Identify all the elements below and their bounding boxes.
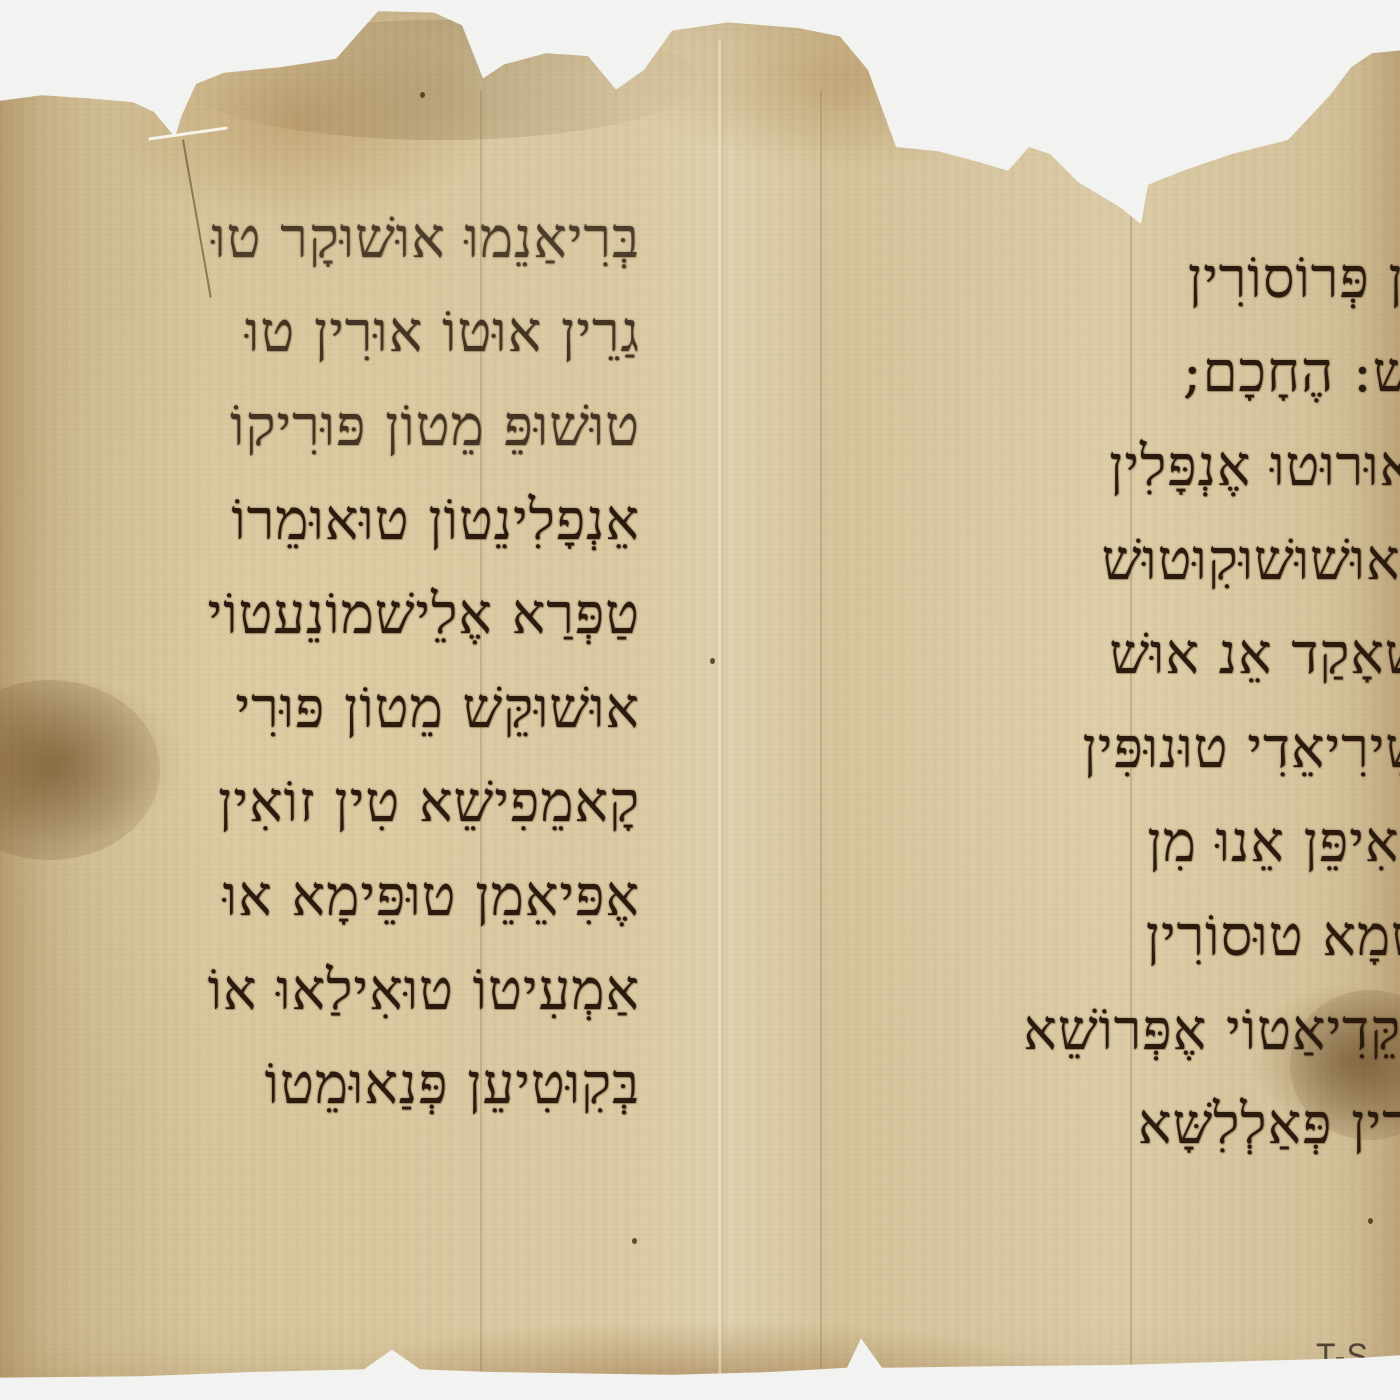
- text-line: גַרֵין אוּטוֹ אוּרִין טוּ: [0, 286, 640, 380]
- manuscript-photo: בְּרִיאַנֵמוּ אוּשׁוּקָר טוּ גַרֵין אוּט…: [0, 0, 1400, 1400]
- ink-speck: [632, 1238, 637, 1244]
- text-line: טוּשׁוּפֵּ מֵטוֹן פּוּרִיקוֹ: [0, 380, 640, 474]
- ink-speck: [420, 92, 425, 98]
- text-line: טַפְּרַא אֶלֵישׁמוֹנֵעטוֹי: [0, 568, 640, 662]
- text-line: אוּנוּשׁאָקַד אֵנ אוּשׁ: [810, 608, 1400, 702]
- text-line: מִין שִׁירִיאֵדִי טוּנוּפִּין: [810, 702, 1400, 796]
- text-line: אֶפִּיאֵמֵן טוּפֵּימָא אוּ: [0, 850, 640, 944]
- text-line: אַמְעִיטוֹ טוּאִילַאוּ אוֹ: [0, 944, 640, 1038]
- text-line: אוּשִׁין פְּרוֹסוֹרִין: [810, 232, 1400, 326]
- shelfmark-label: T-S: [1316, 1336, 1369, 1377]
- text-line: דִיאַשְׁמָא טוּסוֹרִין: [810, 890, 1400, 984]
- fold-line: [718, 40, 724, 1380]
- text-line: צִיוֹ פַּאִיפֵּן אֵנוּ מִן: [810, 796, 1400, 890]
- text-line: אוּשׁ אוּשׁוּשׁוּקִוּטוּשׁ: [810, 514, 1400, 608]
- ink-speck: [1106, 88, 1111, 94]
- text-column-right-frame: אוּשִׁין פְּרוֹסוֹרִין קִוּטוּשׁ: הֶחָכָ…: [770, 0, 1400, 1400]
- text-line: קָאמֵפִישֵׁא טִין זוֹאִין: [0, 756, 640, 850]
- text-line: שׁוּבּוֹרִין פְּאַלְלִשָּׁא: [810, 1078, 1400, 1172]
- parchment-bifolium: בְּרִיאַנֵמוּ אוּשׁוּקָר טוּ גַרֵין אוּט…: [0, 0, 1400, 1400]
- text-column-left: בְּרִיאַנֵמוּ אוּשׁוּקָר טוּ גַרֵין אוּט…: [0, 192, 640, 1132]
- text-line: אוּשׁוּקֵּשׁ מֵטוֹן פּוּרִי: [0, 662, 640, 756]
- text-line: לָמִי אוּרוּטוּ אֶנְפָּלִין: [810, 420, 1400, 514]
- text-line: בְּרִיאַנֵמוּ אוּשׁוּקָר טוּ: [0, 192, 640, 286]
- text-line: חְשׁוּ קֵּדִיאַטוֹי אֶפְּרוֹשֵׁא: [810, 984, 1400, 1078]
- stain: [180, 20, 700, 140]
- text-line: קִוּטוּשׁ: הֶחָכָם;: [810, 326, 1400, 420]
- text-column-right: אוּשִׁין פְּרוֹסוֹרִין קִוּטוּשׁ: הֶחָכָ…: [810, 232, 1400, 1172]
- text-line: אֵנְפָלִינֵטוֹן טוּאוּמֵרוֹ: [0, 474, 640, 568]
- ink-speck: [710, 658, 715, 664]
- text-line: בְּקִוּטִיעֵן פְּנַאוּמֵטוֹ: [0, 1038, 640, 1132]
